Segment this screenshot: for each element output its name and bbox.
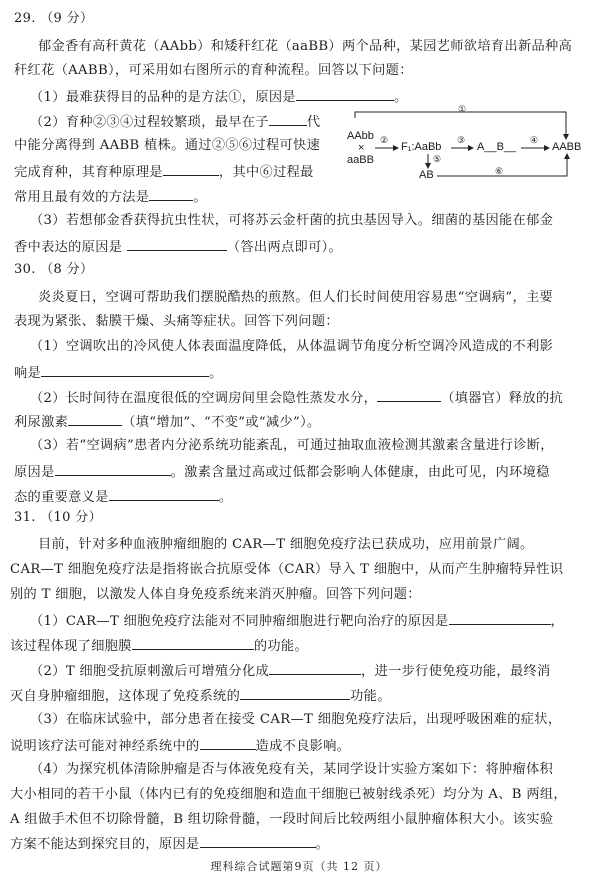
q29-sub3-line1: （3）若想郁金香获得抗虫性状，可将苏云金杆菌的抗虫基因导入。细菌的基因能在郁金 (30, 212, 553, 230)
answer-blank[interactable] (127, 237, 227, 251)
q30-sub2-line1: （2）长时间待在温度很低的空调房间里会隐性蒸发水分，（填器官）释放的抗 (30, 388, 563, 408)
q29-sub2-line2: 中能分离得到 AABB 植株。通过②⑤⑥过程可快速 (14, 137, 320, 155)
answer-blank[interactable] (41, 363, 209, 377)
text: 的功能。 (254, 639, 308, 654)
q29-sub2-line1: （2）育种②③④过程较繁琐，最早在子代 (30, 112, 320, 132)
text: （2）T 细胞受抗原刺激后可增殖分化成 (30, 664, 269, 679)
intermediate-genotype: A__B__ (477, 141, 516, 153)
text: 常用且最有效的方法是 (14, 190, 149, 205)
q30-heading: 30. （8 分） (14, 261, 93, 279)
text: 原因是 (14, 465, 55, 480)
parent-aabb-tall: AAbb (347, 130, 374, 142)
q30-sub1-line2: 响是。 (14, 363, 223, 383)
exam-page: 29. （9 分） 郁金香有高秆黄花（AAbb）和矮秆红花（aaBB）两个品种，… (0, 0, 598, 878)
text: 。 (316, 837, 330, 852)
step-6-label: ⑥ (495, 166, 503, 177)
q31-sub4-line3: A 组做手术但不切除骨髓，B 组切除骨髓，一段时间后比较两组小鼠肿瘤体积大小。该… (10, 811, 553, 829)
haploid-ab: AB (419, 169, 434, 181)
text: （2）育种②③④过程较繁琐，最早在子 (30, 115, 269, 130)
f1-label: F₁:AaBb (401, 141, 441, 153)
q29-sub1-text: （1）最难获得目的品种的是方法①，原因是 (30, 90, 296, 105)
answer-blank[interactable] (269, 661, 361, 675)
text: ，进一步行使免疫功能，最终消 (361, 664, 551, 679)
answer-blank[interactable] (68, 412, 122, 426)
text: 灭自身肿瘤细胞，这体现了免疫系统的 (10, 689, 240, 704)
q31-sub3-line2: 说明该疗法可能对神经系统中的造成不良影响。 (10, 736, 350, 756)
parent-aabb-short: aaBB (347, 154, 374, 166)
q30-stem-line2: 表现为紧张、黏膜干燥、头痛等症状。回答下列问题： (14, 313, 339, 331)
q30-sub3-line3: 态的重要意义是。 (14, 487, 232, 507)
q29-stem-line1: 郁金香有高秆黄花（AAbb）和矮秆红花（aaBB）两个品种，某园艺师欲培育出新品… (38, 38, 572, 56)
text: 说明该疗法可能对神经系统中的 (10, 739, 200, 754)
q30-sub1-line1: （1）空调吹出的冷风使人体表面温度降低，从体温调节角度分析空调冷风造成的不利影 (30, 338, 553, 356)
step-5-label: ⑤ (433, 154, 441, 165)
answer-blank[interactable] (109, 487, 219, 501)
text: （填器官）释放的抗 (441, 391, 563, 406)
text: （2）长时间待在温度很低的空调房间里会隐性蒸发水分， (30, 391, 377, 406)
text: 方案不能达到探究目的，原因是 (10, 837, 200, 852)
q29-sub1: （1）最难获得目的品种的是方法①，原因是。 (30, 87, 408, 107)
q31-heading: 31. （10 分） (14, 509, 102, 527)
step-1-label: ① (458, 104, 466, 115)
q31-stem-line3: 别的 T 细胞，以激发人体自身免疫系统来消灭肿瘤。回答下列问题： (10, 586, 421, 604)
q31-sub3-line1: （3）在临床试验中，部分患者在接受 CAR—T 细胞免疫疗法后，出现呼吸困难的症… (30, 711, 561, 729)
text: ， (551, 614, 565, 629)
step-4-label: ④ (530, 135, 538, 146)
answer-blank[interactable] (240, 686, 350, 700)
q31-sub4-line4: 方案不能达到探究目的，原因是。 (10, 834, 329, 854)
text: 香中表达的原因是 (14, 240, 127, 255)
page-footer: 理科综合试题第9页（共 12 页） (0, 858, 598, 874)
text: ，其中⑥过程最 (219, 165, 314, 180)
text: （答出两点即可）。 (227, 240, 342, 255)
answer-blank[interactable] (377, 388, 441, 402)
answer-blank[interactable] (55, 462, 171, 476)
target-genotype: AABB (552, 141, 581, 153)
q31-sub1-line2: 该过程体现了细胞膜的功能。 (10, 636, 308, 656)
q31-sub2-line2: 灭自身肿瘤细胞，这体现了免疫系统的功能。 (10, 686, 391, 706)
answer-blank[interactable] (200, 834, 316, 848)
q31-stem-line1: 目前，针对多种血液肿瘤细胞的 CAR—T 细胞免疫疗法已获成功，应用前景广阔。 (38, 536, 534, 554)
q31-sub1-line1: （1）CAR—T 细胞免疫疗法能对不同肿瘤细胞进行靶向治疗的原因是， (30, 611, 564, 631)
q30-sub3-line1: （3）若“空调病”患者内分泌系统功能紊乱，可通过抽取血液检测其激素含量进行诊断， (30, 437, 554, 455)
text: 响是 (14, 366, 41, 381)
q31-stem-line2: CAR—T 细胞免疫疗法是指将嵌合抗原受体（CAR）导入 T 细胞中，从而产生肿… (10, 561, 563, 579)
q30-stem-line1: 炎炎夏日，空调可帮助我们摆脱酷热的煎熬。但人们长时间使用容易患“空调病”，主要 (38, 289, 553, 307)
q29-sub3-line2: 香中表达的原因是 （答出两点即可）。 (14, 237, 342, 257)
text: 该过程体现了细胞膜 (10, 639, 132, 654)
text: （1）CAR—T 细胞免疫疗法能对不同肿瘤细胞进行靶向治疗的原因是 (30, 614, 449, 629)
q29-sub1-end: 。 (394, 90, 408, 105)
q31-sub4-line1: （4）为探究机体清除肿瘤是否与体液免疫有关，某同学设计实验方案如下：将肿瘤体积 (30, 761, 553, 779)
step-3-label: ③ (457, 135, 465, 146)
text: （填“增加”、“不变”或“减少”）。 (122, 415, 320, 430)
text: 。激素含量过高或过低都会影响人体健康，由此可见，内环境稳 (171, 465, 550, 480)
step-2-label: ② (380, 135, 388, 146)
q31-sub2-line1: （2）T 细胞受抗原刺激后可增殖分化成，进一步行使免疫功能，最终消 (30, 661, 551, 681)
answer-blank[interactable] (296, 87, 394, 101)
text: 利尿激素 (14, 415, 68, 430)
text: 功能。 (350, 689, 391, 704)
q30-sub2-line2: 利尿激素（填“增加”、“不变”或“减少”）。 (14, 412, 321, 432)
cross-symbol: × (358, 142, 364, 154)
text: 态的重要意义是 (14, 490, 109, 505)
answer-blank[interactable] (149, 187, 193, 201)
text: 。 (209, 366, 223, 381)
answer-blank[interactable] (132, 636, 254, 650)
q29-heading: 29. （9 分） (14, 10, 93, 28)
text: 。 (193, 190, 207, 205)
answer-blank[interactable] (163, 162, 219, 176)
q29-sub2-line4: 常用且最有效的方法是。 (14, 187, 207, 207)
answer-blank[interactable] (200, 736, 256, 750)
text: 代 (307, 115, 321, 130)
text: 造成不良影响。 (256, 739, 351, 754)
answer-blank[interactable] (449, 611, 551, 625)
text: 。 (219, 490, 233, 505)
q29-stem-line2: 秆红花（AABB），可采用如右图所示的育种流程。回答以下问题： (14, 62, 413, 80)
q31-sub4-line2: 大小相同的若干小鼠（体内已有的免疫细胞和造血干细胞已被射线杀死）均分为 A、B … (10, 786, 567, 804)
text: 完成育种，其育种原理是 (14, 165, 163, 180)
q30-sub3-line2: 原因是。激素含量过高或过低都会影响人体健康，由此可见，内环境稳 (14, 462, 550, 482)
answer-blank[interactable] (269, 112, 307, 126)
breeding-flow-diagram: ① AAbb × aaBB ② F₁:AaBb ③ A__B__ ④ AABB … (325, 110, 595, 190)
q29-sub2-line3: 完成育种，其育种原理是，其中⑥过程最 (14, 162, 314, 182)
